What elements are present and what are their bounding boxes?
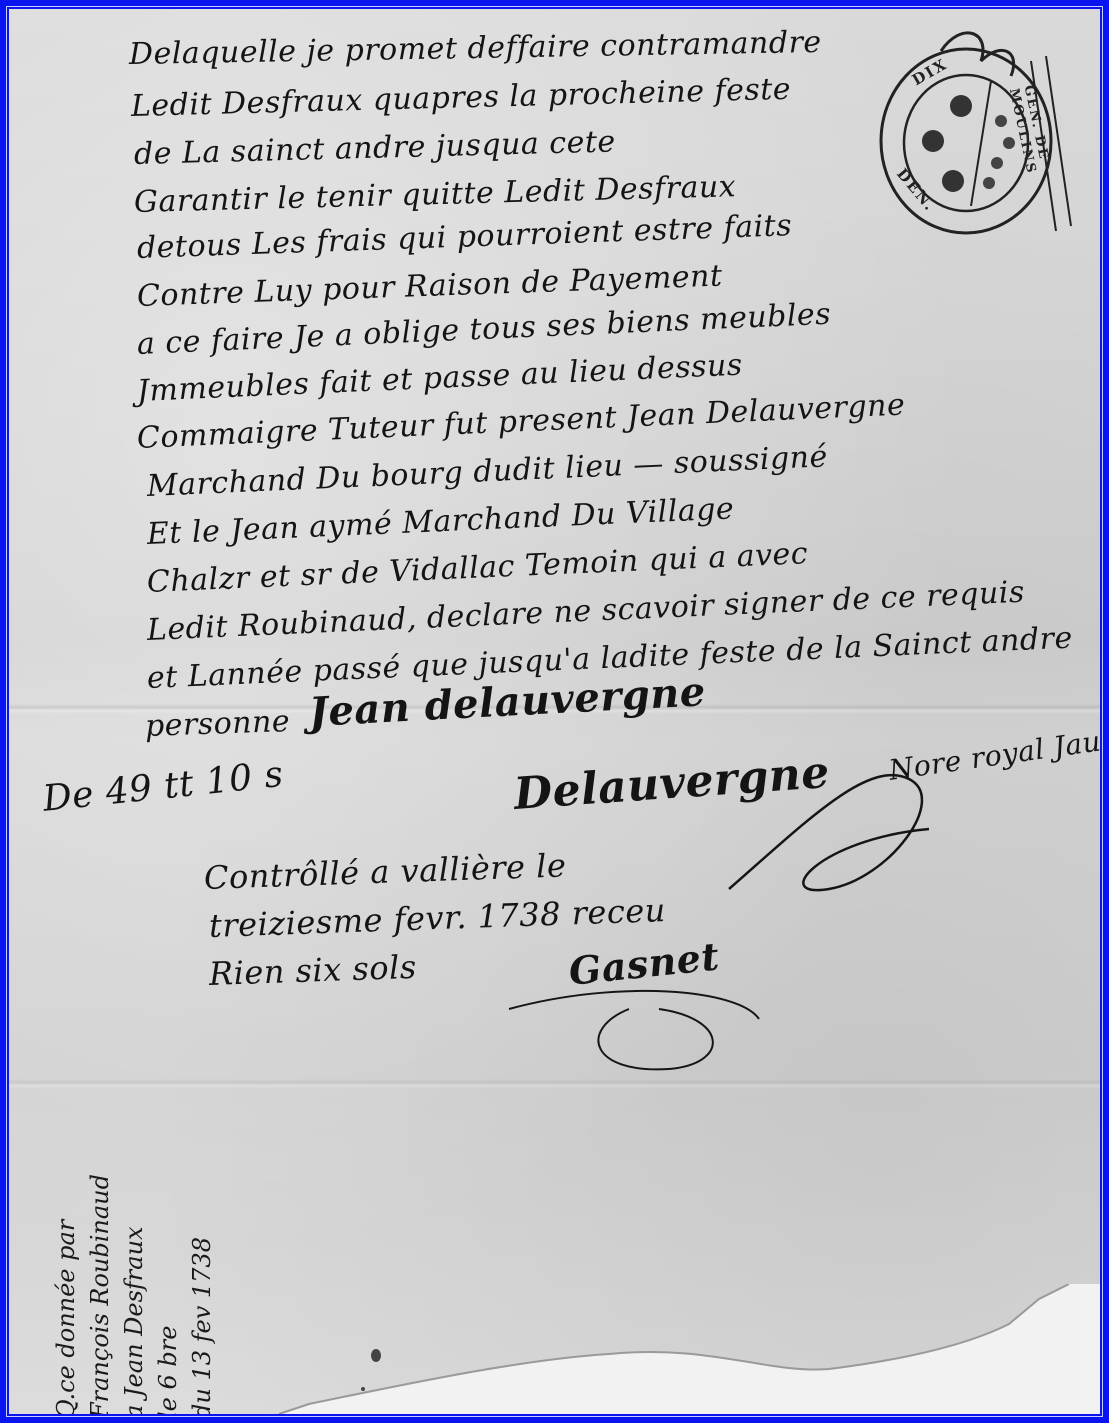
body-line: Ledit Desfraux quapres la procheine fest… (131, 72, 792, 124)
fleur-de-lis-seal-icon (871, 21, 1081, 246)
notary-flourish-icon (709, 739, 959, 919)
fold-line (9, 1079, 1100, 1089)
body-line: de La sainct andre jusqua cete (134, 124, 617, 172)
manuscript-page: DIX DEN. GEN. DE MOULINS Delaquelle je p… (9, 9, 1100, 1414)
body-line: Delaquelle je promet deffaire contramand… (129, 25, 822, 72)
amount-note: De 49 tt 10 s (41, 754, 285, 820)
controller-flourish-icon (499, 969, 799, 1079)
torn-edge (9, 1284, 1100, 1414)
image-frame: DIX DEN. GEN. DE MOULINS Delaquelle je p… (0, 0, 1109, 1423)
control-note-line-3: Rien six sols (208, 948, 417, 993)
tax-stamp: DIX DEN. GEN. DE MOULINS (871, 21, 1081, 246)
control-note-line-1: Contrôllé a vallière le (203, 846, 567, 897)
body-line: personne (144, 704, 290, 744)
control-note-line-2: treiziesme fevr. 1738 receu (208, 891, 666, 945)
